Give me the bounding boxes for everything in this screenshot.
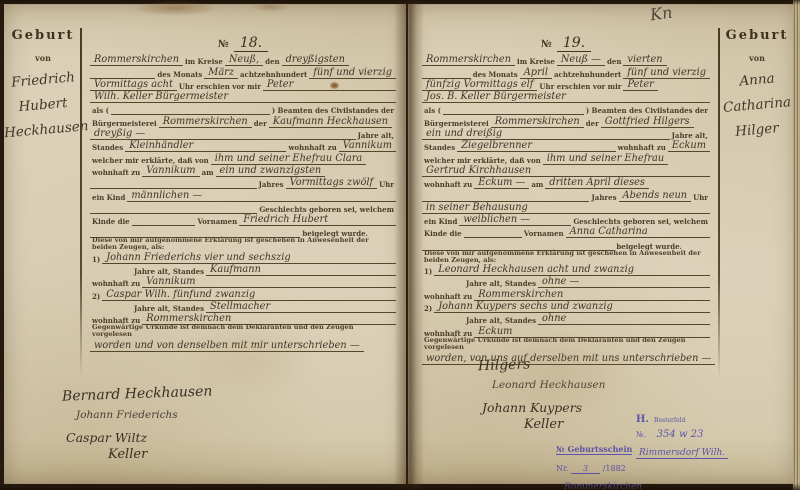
form-line: wohnhaft zuRommerskirchen	[422, 289, 710, 300]
margin-rule	[80, 28, 82, 378]
handwritten-text: fünf und vierzig	[309, 68, 396, 79]
handwritten-text: Johann Friederichs vier und sechszig	[102, 253, 294, 264]
right-form-body: № 19. Rommerskirchenim KreiseNeuß —denvi…	[422, 36, 710, 366]
printed-text: der	[584, 120, 601, 128]
printed-text: Jahre alt, Standes	[132, 268, 206, 276]
signature: Johann Friederichs	[76, 409, 212, 421]
stamp-number-line: №. 354 w 23	[636, 429, 786, 440]
printed-text: achtzehnhundert	[552, 71, 623, 79]
printed-text: Standes	[90, 144, 125, 152]
handwritten-text: Neuß,	[225, 55, 263, 66]
form-line: Wilh. Keller Bürgermeister	[90, 92, 396, 103]
signature: Caspar Wiltz	[66, 430, 212, 445]
signature: Leonard Heckhausen	[492, 379, 605, 391]
blank-rule	[534, 225, 571, 226]
blank-rule	[265, 275, 396, 276]
printed-text: am	[200, 169, 216, 177]
form-line: BürgermeistereiRommerskirchenderKaufmann…	[90, 116, 396, 127]
form-line: StandesZiegelbrennerwohnhaft zuEckum	[422, 141, 710, 152]
blank-rule	[617, 312, 710, 313]
stamp-number-line: Nr. 3 /1882	[556, 464, 686, 473]
blank-rule	[274, 312, 396, 313]
margin-name-line: Anna	[717, 69, 796, 92]
signature: Keller	[108, 447, 212, 462]
form-line: Diese von mir aufgenommene Erklärung ist…	[422, 252, 710, 264]
stamp-h-word: Besterfeld	[654, 417, 685, 424]
number-sign: №	[541, 39, 552, 50]
blank-rule	[90, 213, 257, 214]
handwritten-text: Gottfried Hilgers	[601, 117, 694, 128]
handwritten-text: Stellmacher	[206, 302, 274, 313]
form-line: JahresVormittags zwölfUhr	[90, 178, 396, 189]
form-line: wohnhaft zuEckum —amdritten April dieses	[422, 178, 710, 189]
handwritten-text: Vannikum	[142, 277, 199, 288]
margin-name-line: Friedrich	[3, 69, 82, 92]
handwritten-text: Leonard Heckhausen acht und zwanzig	[434, 265, 638, 276]
printed-text: welcher mir erklärte, daß von	[422, 157, 543, 165]
printed-text: 1)	[90, 256, 102, 264]
stamp-header: H. Besterfeld	[636, 407, 786, 426]
blank-rule	[232, 102, 396, 103]
blank-rule	[583, 287, 710, 288]
stamp-title: № Geburtsschein	[556, 444, 632, 455]
form-line: des MonatsAprilachtzehnhundertfünf und v…	[422, 67, 710, 78]
left-signatures: Bernard HeckhausenJohann FriederichsCasp…	[62, 386, 212, 462]
handwritten-text: ein und dreißig	[422, 129, 506, 140]
blank-rule	[570, 324, 710, 325]
form-line: dreyßig —Jahre alt,	[90, 129, 396, 140]
handwritten-text: Peter	[263, 80, 297, 91]
form-line: Gegenwärtige Urkunde ist demnach dem Dek…	[90, 326, 396, 338]
handwritten-text: Ziegelbrenner	[457, 141, 536, 152]
pencil-corner-mark: Kn	[649, 3, 674, 25]
printed-text: Uhr erschien vor mir	[177, 83, 263, 91]
form-line: 1)Leonard Heckhausen acht und zwanzig	[422, 265, 710, 276]
printed-text: im Kreise	[515, 58, 557, 66]
printed-text: wohnhaft zu	[90, 280, 142, 288]
handwritten-text: Abends neun	[619, 191, 692, 202]
form-line: ein Kindweiblichen —Geschlechts geboren …	[422, 215, 710, 226]
blank-rule	[652, 237, 710, 238]
margin-name-line: Catharina	[717, 94, 796, 117]
printed-text: Kinde die	[90, 218, 132, 226]
stamp-nr-value: 3	[571, 464, 600, 474]
handwritten-text: Vannikum	[339, 141, 396, 152]
printed-text: wohnhaft zu	[286, 144, 338, 152]
printed-text: Jahre alt,	[670, 132, 710, 140]
register-book-scan: Geburt von Friedrich Hubert Heckhausen №…	[0, 0, 800, 490]
stamp-nr-label: Nr.	[556, 464, 569, 473]
handwritten-text: Gertrud Kirchhausen	[422, 166, 535, 177]
form-line: worden und von denselben mit mir untersc…	[90, 339, 396, 352]
form-line: in seiner Behausung	[422, 203, 710, 214]
printed-text: den	[605, 58, 623, 66]
handwritten-text: Rommerskirchen	[422, 55, 515, 66]
form-line: Rommerskirchenim KreiseNeuß —denvierten	[422, 55, 710, 66]
form-line: 2)Caspar Wilh. fünfund zwanzig	[90, 289, 396, 300]
printed-text: Bürgermeisterei	[90, 120, 159, 128]
blank-rule	[259, 300, 396, 301]
right-form-lines: Rommerskirchenim KreiseNeuß —denviertend…	[422, 55, 710, 365]
handwritten-text: März	[204, 68, 238, 79]
printed-text: Uhr erschien vor mir	[537, 83, 623, 91]
form-line: wohnhaft zuVannikumamein und zwanzigsten	[90, 166, 396, 177]
form-line: fünfzig Vormittags elfUhr erschien vor m…	[422, 80, 710, 91]
handwritten-text: Kleinhändler	[125, 141, 197, 152]
left-form-body: № 18. Rommerskirchenim KreiseNeuß,dendre…	[90, 36, 396, 353]
printed-text: wohnhaft zu	[422, 293, 474, 301]
printed-text: Jahre alt,	[356, 132, 396, 140]
form-line: Rommerskirchenim KreiseNeuß,dendreyßigst…	[90, 55, 396, 66]
form-line: wohnhaft zuVannikum	[90, 277, 396, 288]
handwritten-text: Vormittags zwölf	[286, 178, 378, 189]
handwritten-text: Caspar Wilh. fünfund zwanzig	[102, 290, 259, 301]
form-line: BürgermeistereiRommerskirchenderGottfrie…	[422, 116, 710, 127]
handwritten-text: Rommerskirchen	[159, 117, 252, 128]
form-line: welcher mir erklärte, daß vonihm und sei…	[422, 153, 710, 164]
handwritten-text: dritten April dieses	[545, 178, 649, 189]
form-line: Jos. B. Keller Bürgermeister	[422, 92, 710, 103]
blank-rule	[332, 225, 396, 226]
printed-text: den	[263, 58, 281, 66]
printed-text: welcher mir erklärte, daß von	[90, 157, 211, 165]
handwritten-text: vierten	[623, 55, 666, 66]
handwritten-text: männlichen —	[127, 191, 206, 202]
book-gutter-shadow	[394, 0, 424, 490]
number-value: 18.	[234, 35, 268, 52]
margin-name-line: Heckhausen	[3, 119, 82, 142]
handwritten-text: dreyßigsten	[282, 55, 349, 66]
form-line: Gegenwärtige Urkunde ist demnach dem Dek…	[422, 339, 710, 351]
stamp-h-initial: H.	[636, 414, 649, 425]
printed-text: wohnhaft zu	[422, 181, 474, 189]
printed-text: ) Beamten des Civilstandes der	[270, 107, 396, 115]
handwritten-text: April	[520, 68, 552, 79]
form-line: Jahre alt, Standesohne —	[422, 277, 710, 288]
archive-stamp: H. Besterfeld №. 354 w 23 Rimmersdorf Wi…	[636, 407, 786, 459]
record-number: № 19.	[422, 32, 710, 51]
margin-rule	[718, 28, 720, 378]
printed-text: wohnhaft zu	[616, 144, 668, 152]
form-line: Kinde dieVornamenAnna Catharina	[422, 227, 710, 238]
printed-text: Geschlechts geboren sei, welchem	[257, 206, 396, 214]
handwritten-text: Eckum	[668, 141, 710, 152]
blank-rule	[638, 275, 710, 276]
printed-text: Bürgermeisterei	[422, 120, 491, 128]
signature: Hilgers	[478, 354, 606, 374]
book-edge-top	[0, 0, 800, 5]
signature: Johann Kuypers	[482, 400, 605, 415]
left-form-lines: Rommerskirchenim KreiseNeuß,dendreyßigst…	[90, 55, 396, 352]
printed-text: Jahres	[257, 181, 286, 189]
printed-text: als (	[422, 107, 443, 115]
printed-text: Vornamen	[195, 218, 239, 226]
handwritten-text: weiblichen —	[459, 215, 534, 226]
form-line: Gertrud Kirchhausen	[422, 166, 710, 177]
blank-rule	[295, 263, 396, 264]
stamp-year: /1882	[603, 464, 626, 473]
handwritten-text: Kaufmann	[206, 265, 265, 276]
form-line: als () Beamten des Civilstandes der	[90, 104, 396, 115]
form-line: 2)Johann Kuypers sechs und zwanzig	[422, 302, 710, 313]
von-label: von	[718, 53, 796, 63]
signature: Keller	[524, 417, 605, 432]
printed-text: Jahre alt, Standes	[132, 305, 206, 313]
handwritten-text: fünf und vierzig	[623, 68, 710, 79]
printed-text: Uhr	[691, 194, 710, 202]
printed-text: Gegenwärtige Urkunde ist demnach dem Dek…	[422, 337, 710, 351]
printed-text: Kinde die	[422, 230, 464, 238]
printed-text: Diese von mir aufgenommene Erklärung ist…	[90, 237, 396, 251]
margin-name-line: Hilger	[717, 119, 796, 142]
handwritten-text: Peter	[623, 80, 657, 91]
handwritten-text: Kaufmann Heckhausen	[269, 117, 392, 128]
printed-text: Jahre alt, Standes	[464, 317, 538, 325]
right-page: Kn Geburt von Anna Catharina Hilger № 19…	[408, 4, 796, 484]
handwritten-text: Rommerskirchen	[491, 117, 584, 128]
number-value: 19.	[557, 35, 591, 52]
printed-text: Jahre alt, Standes	[464, 280, 538, 288]
printed-text: Diese von mir aufgenommene Erklärung ist…	[422, 250, 710, 264]
geburt-heading: Geburt	[718, 28, 796, 43]
form-line: ein Kindmännlichen —	[90, 190, 396, 201]
blank-rule	[464, 237, 522, 238]
printed-text: als (	[90, 107, 111, 115]
handwritten-text: Anna Catharina	[566, 227, 652, 238]
printed-text: Gegenwärtige Urkunde ist demnach dem Dek…	[90, 324, 396, 338]
form-line: Jahre alt, StandesStellmacher	[90, 302, 396, 313]
printed-text: Standes	[422, 144, 457, 152]
page-stack-edge	[793, 0, 800, 490]
handwritten-text: Rommerskirchen	[90, 55, 183, 66]
printed-text: wohnhaft zu	[90, 169, 142, 177]
printed-text: Jahres	[589, 194, 618, 202]
handwritten-text: ohne —	[538, 277, 583, 288]
form-line: JahresAbends neunUhr	[422, 190, 710, 201]
handwritten-text: Neuß —	[557, 55, 605, 66]
right-signatures: HilgersLeonard HeckhausenJohann KuypersK…	[478, 356, 605, 432]
printed-text: ein Kind	[90, 194, 127, 202]
printed-text: ) Beamten des Civilstandes der	[584, 107, 710, 115]
stamp-nr-value: 354 w 23	[649, 429, 712, 440]
form-line: 1)Johann Friederichs vier und sechszig	[90, 252, 396, 263]
handwritten-text: ein und zwanzigsten	[216, 166, 326, 177]
printed-text: achtzehnhundert	[238, 71, 309, 79]
form-line: Diese von mir aufgenommene Erklärung ist…	[90, 239, 396, 251]
printed-text: am	[529, 181, 545, 189]
form-line: welcher mir erklärte, daß vonihm und sei…	[90, 153, 396, 164]
form-line: StandesKleinhändlerwohnhaft zuVannikum	[90, 141, 396, 152]
form-line: Kinde dieVornamenFriedrich Hubert	[90, 215, 396, 226]
handwritten-text: ihm und seiner Ehefrau	[543, 154, 668, 165]
blank-rule	[206, 201, 396, 202]
printed-text: im Kreise	[183, 58, 225, 66]
handwritten-text: Rommerskirchen	[474, 290, 567, 301]
handwritten-text: in seiner Behausung	[422, 203, 532, 214]
printed-text: Vornamen	[522, 230, 566, 238]
form-line: Geschlechts geboren sei, welchem	[90, 203, 396, 214]
handwritten-text: Johann Kuypers sechs und zwanzig	[434, 302, 617, 313]
handwritten-text: ohne	[538, 314, 570, 325]
stamp-nr-label: №.	[636, 430, 646, 439]
printed-text: der	[252, 120, 269, 128]
handwritten-text: ihm und seiner Ehefrau Clara	[211, 154, 367, 165]
form-line: Jahre alt, Standesohne	[422, 314, 710, 325]
form-line: Jahre alt, StandesKaufmann	[90, 265, 396, 276]
stamp-place: Rimmersdorf Wilh.	[636, 448, 728, 459]
blank-rule	[297, 90, 396, 91]
handwritten-text: fünfzig Vormittags elf	[422, 80, 537, 91]
margin-name-line: Hubert	[3, 94, 82, 117]
blank-rule	[132, 225, 196, 226]
printed-text: des Monats	[155, 71, 204, 79]
handwritten-text: Wilh. Keller Bürgermeister	[90, 92, 232, 103]
printed-text: ein Kind	[422, 218, 459, 226]
printed-text: Geschlechts geboren sei, welchem	[571, 218, 710, 226]
handwritten-text: worden und von denselben mit mir untersc…	[90, 341, 364, 352]
left-page: Geburt von Friedrich Hubert Heckhausen №…	[4, 4, 406, 484]
printed-text: 2)	[90, 293, 102, 301]
handwritten-text: dreyßig —	[90, 129, 149, 140]
von-label: von	[4, 53, 82, 63]
form-line: als () Beamten des Civilstandes der	[422, 104, 710, 115]
geburt-heading: Geburt	[4, 28, 82, 43]
signature: Bernard Heckhausen	[62, 383, 213, 404]
handwritten-text: Friedrich Hubert	[239, 215, 332, 226]
blank-rule	[570, 102, 710, 103]
blank-rule	[532, 213, 710, 214]
handwritten-text: Jos. B. Keller Bürgermeister	[422, 92, 570, 103]
book-edge-bottom	[0, 483, 800, 490]
record-number: № 18.	[90, 32, 396, 51]
number-sign: №	[218, 39, 229, 50]
printed-text: des Monats	[471, 71, 520, 79]
form-line: des MonatsMärzachtzehnhundertfünf und vi…	[90, 67, 396, 78]
form-line: Vormittags achtUhr erschien vor mirPeter	[90, 80, 396, 91]
handwritten-text: Vormittags acht	[90, 80, 177, 91]
form-line: ein und dreißigJahre alt,	[422, 129, 710, 140]
handwritten-text: Vannikum	[142, 166, 199, 177]
handwritten-text: Eckum —	[474, 178, 529, 189]
